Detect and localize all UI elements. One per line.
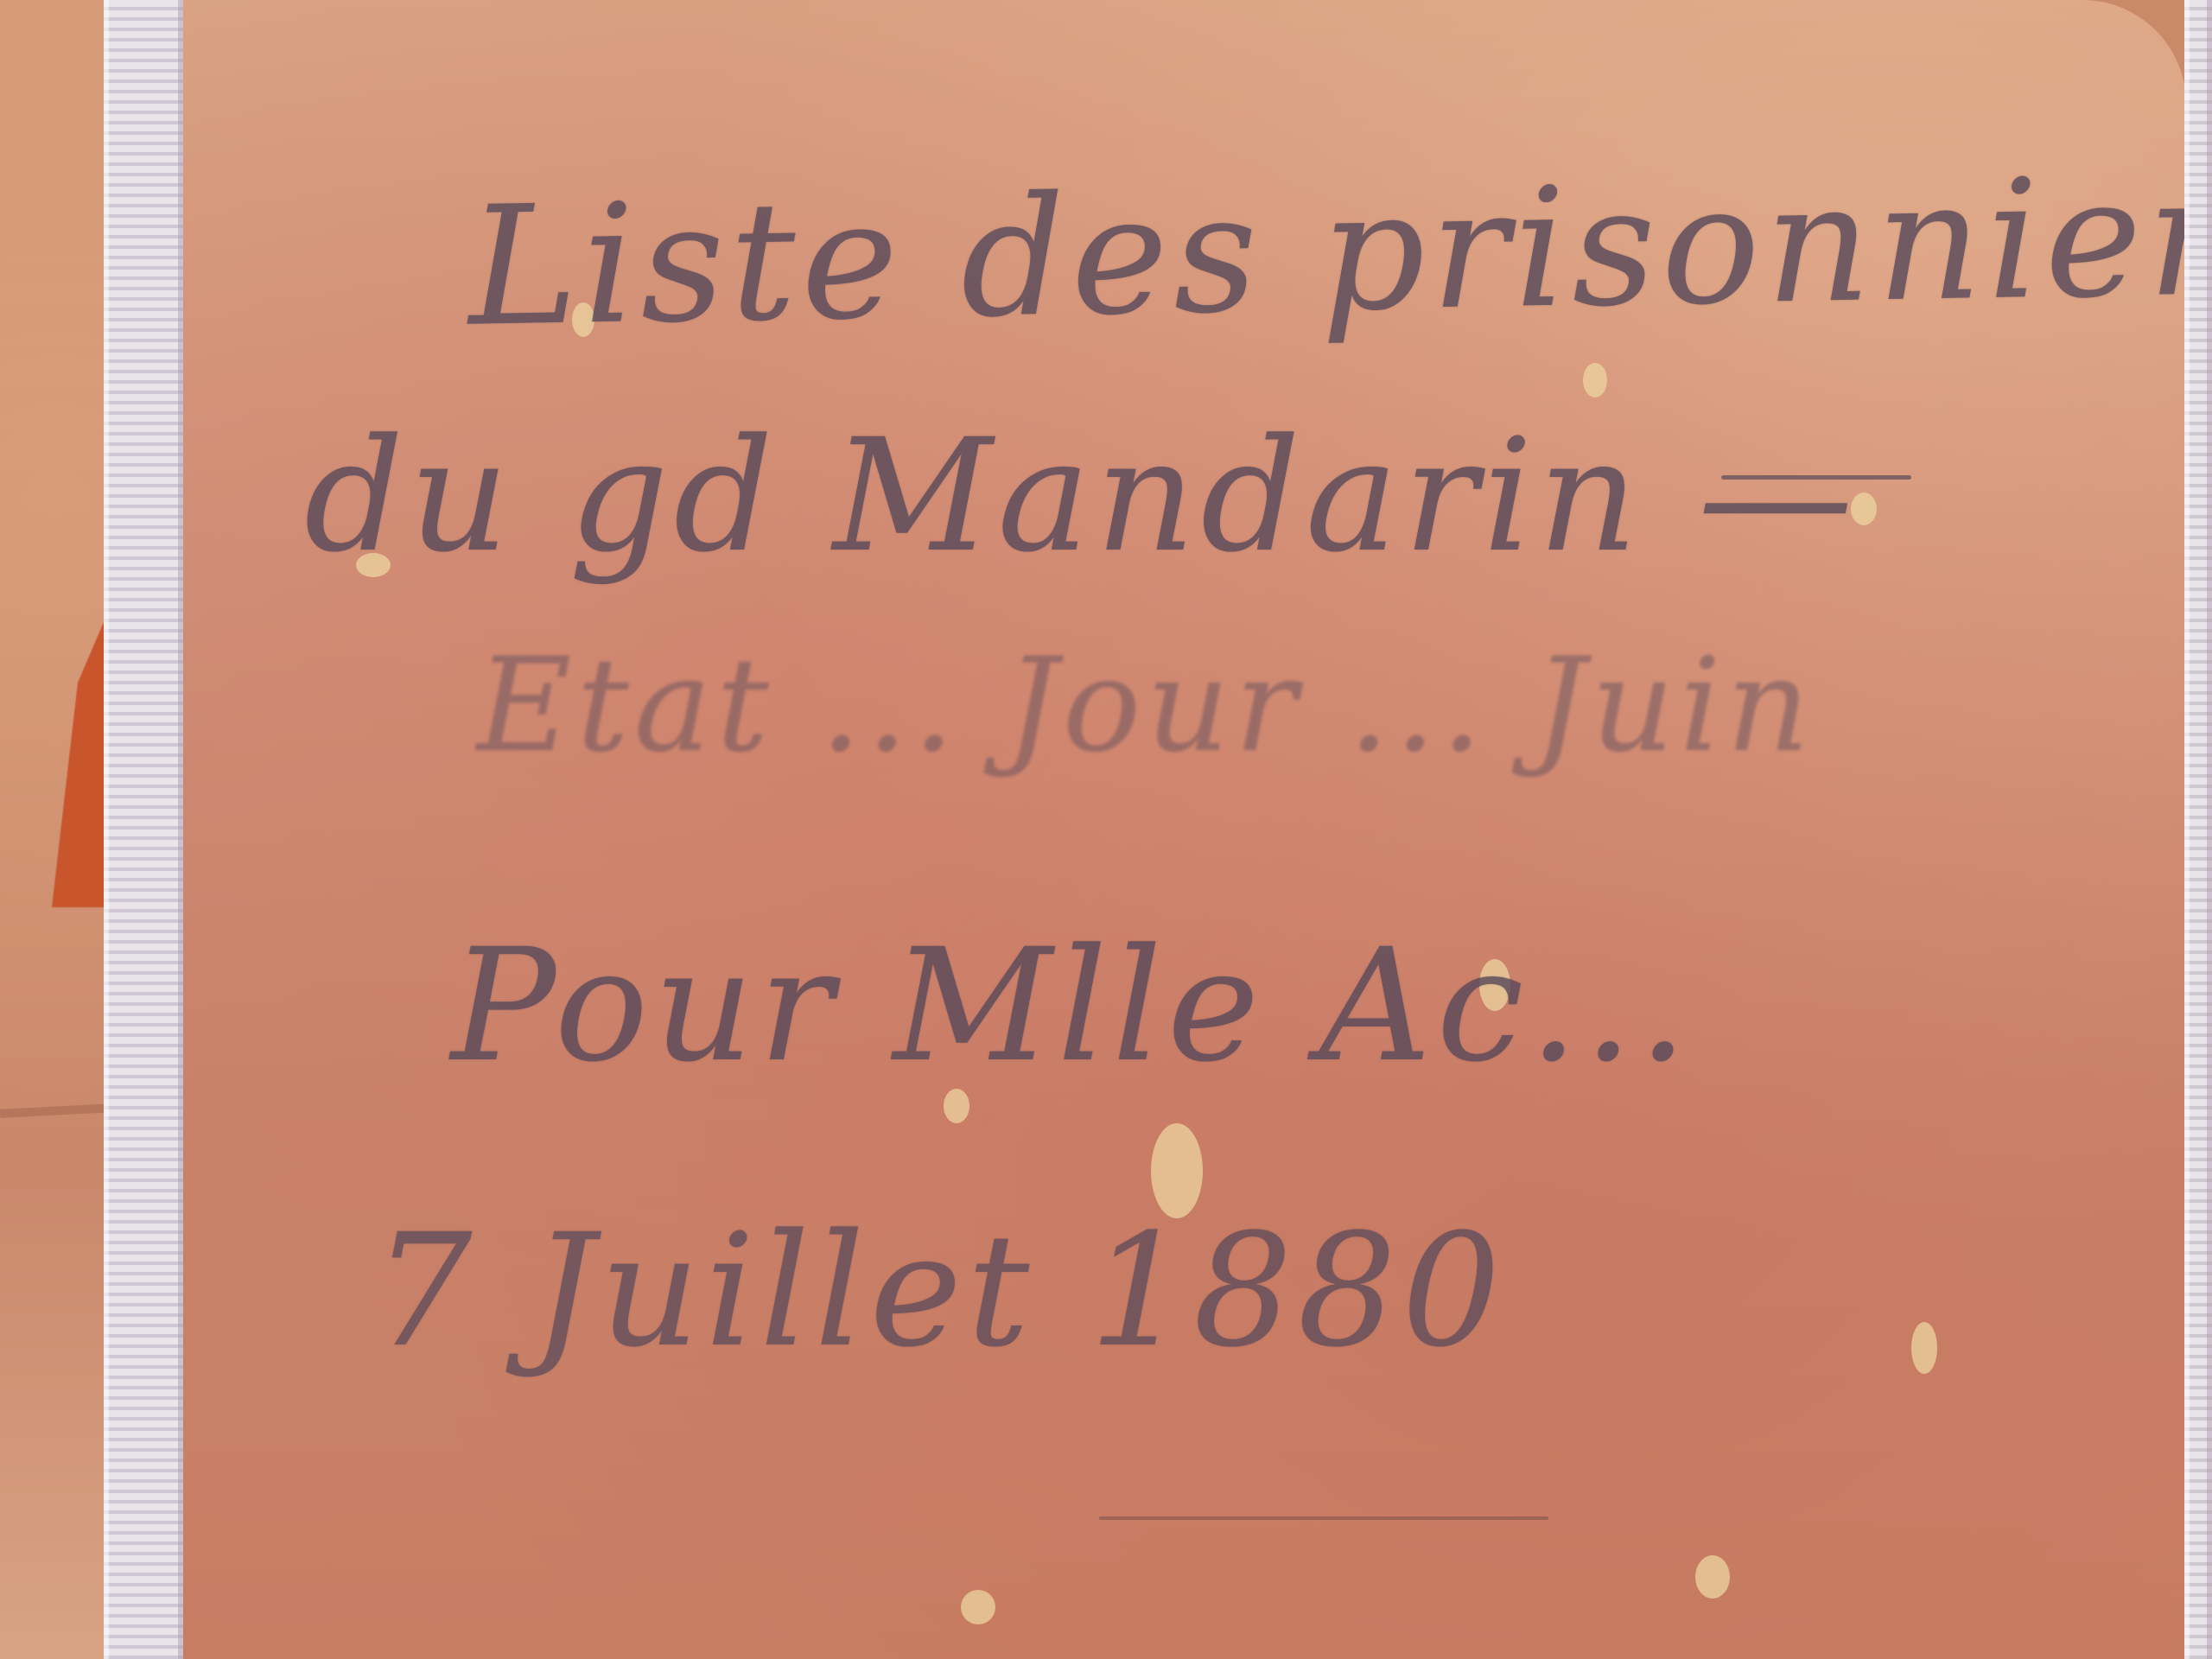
handwritten-line-2: du gd Mandarin —	[304, 406, 1859, 587]
handwritten-title-line-1: Liste des prisonniers	[467, 139, 2186, 362]
paper-speck	[1695, 1555, 1730, 1599]
handwritten-line-4: Pour Mlle Ac...	[451, 916, 1693, 1096]
handwritten-line-3-faded: Etat ... Jour ... Juin	[477, 631, 1815, 781]
document-cover: Liste des prisonniers du gd Mandarin — E…	[183, 0, 2186, 1659]
handwritten-date: 7 Juillet 1880	[373, 1201, 1506, 1382]
dash-stroke	[1721, 475, 1911, 480]
paper-speck	[961, 1590, 995, 1624]
underline-stroke	[1099, 1516, 1548, 1520]
paper-speck	[1911, 1322, 1937, 1374]
paper-speck	[1583, 363, 1607, 397]
binding-tape-right	[2184, 0, 2212, 1659]
binding-tape-left	[104, 0, 183, 1659]
